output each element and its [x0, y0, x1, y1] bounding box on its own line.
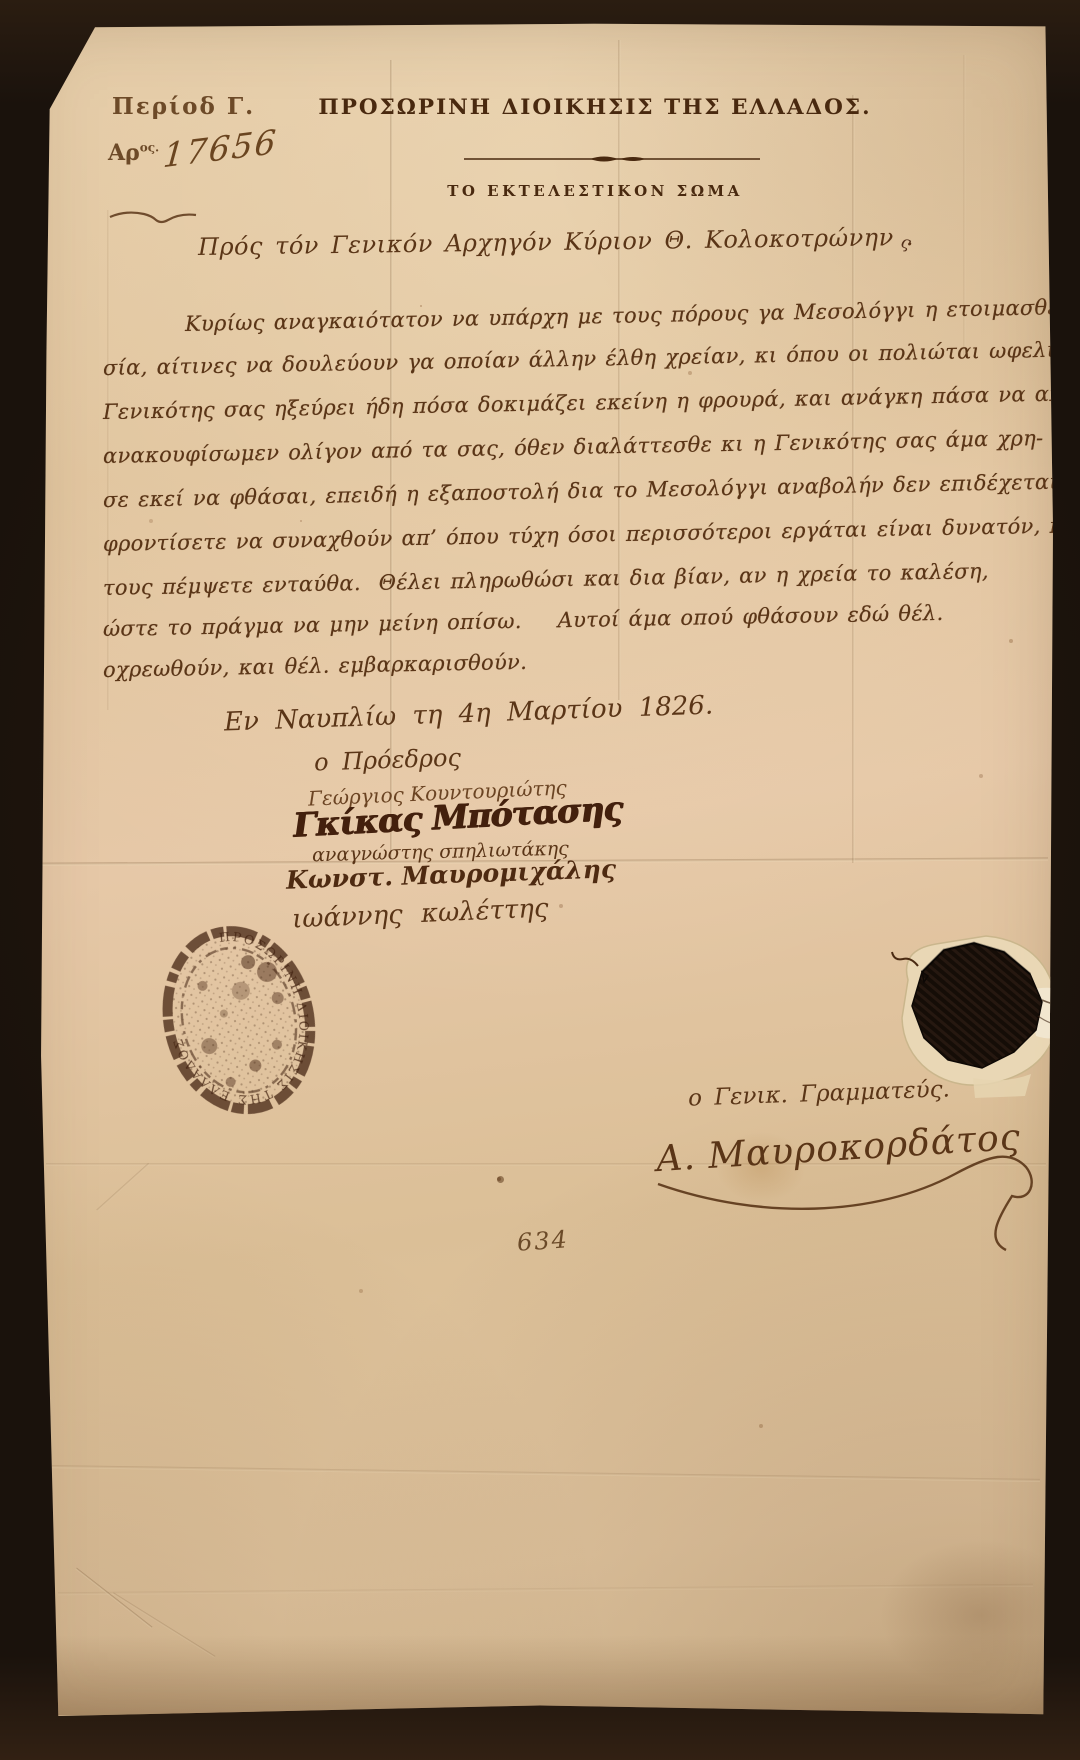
- crease-line: [76, 1568, 153, 1629]
- document-paper: Περίοδ Γ. Αρος.17656 ΠΡΟΣΩΡΙΝΗ ΔΙΟΙΚΗΣΙΣ…: [0, 0, 1080, 1760]
- body-line: ανακουφίσωμεν ολίγον από τα σας, όθεν δι…: [103, 426, 1044, 468]
- official-stamp: ΠΡΟΣΩΡΙΝΗ ΔΙΟΙΚΗΣΙΣ ΤΗΣ ΕΛΛΑΔΟΣ: [130, 900, 349, 1141]
- photo-backdrop: Περίοδ Γ. Αρος.17656 ΠΡΟΣΩΡΙΝΗ ΔΙΟΙΚΗΣΙΣ…: [0, 0, 1080, 1760]
- body-line: σε εκεί να φθάσαι, επειδή η εξαποστολή δ…: [103, 469, 1080, 512]
- ornament-divider: [462, 150, 762, 166]
- body-line: φροντίσετε να συναχθούν απ’ όπου τύχη όσ…: [103, 512, 1080, 556]
- signature-kolettis: ιωάννης κωλέττης: [291, 893, 549, 934]
- crease-line: [52, 1465, 1040, 1482]
- stain: [497, 1176, 504, 1183]
- document-number: Αρος.17656: [108, 129, 278, 168]
- body-line: σία, αίτινες να δουλεύουν γα οποίαν άλλη…: [103, 336, 1080, 380]
- secretary-title: ο Γενικ. Γραμματεύς.: [688, 1076, 951, 1111]
- masthead-title: ΠΡΟΣΩΡΙΝΗ ΔΙΟΙΚΗΣΙΣ ΤΗΣ ΕΛΛΑΔΟΣ.: [300, 95, 890, 120]
- body-line: τους πέμψετε ενταύθα. Θέλει πληρωθώσι κα…: [103, 559, 989, 600]
- body-line: Γενικότης σας ηξεύρει ήδη πόσα δοκιμάζει…: [103, 381, 1071, 424]
- page-number: 634: [516, 1225, 570, 1257]
- flourish-dash: [108, 205, 198, 227]
- president-title: ο Πρόεδρος: [314, 743, 462, 776]
- crease-line: [96, 1163, 149, 1211]
- date-line: Εν Ναυπλίω τη 4η Μαρτίου 1826.: [224, 690, 714, 737]
- address-line: Πρός τόν Γενικόν Αρχηγόν Κύριον Θ. Κολοκ…: [198, 223, 914, 261]
- period-label: Περίοδ Γ.: [112, 93, 255, 120]
- body-line: οχρεωθούν, και θέλ. εμβαρκαρισθούν.: [103, 650, 528, 682]
- number-prefix: Αρ: [108, 140, 140, 166]
- number-superscript: ος.: [140, 141, 160, 155]
- body-line: ώστε το πράγμα να μην μείνη οπίσω. Αυτοί…: [103, 601, 944, 641]
- body-line: Κυρίως αναγκαιότατον να υπάρχη με τους π…: [185, 293, 1080, 336]
- masthead-subtitle: ΤΟ ΕΚΤΕΛΕΣΤΙΚΟΝ ΣΩΜΑ: [380, 182, 810, 200]
- number-value: 17656: [162, 122, 280, 176]
